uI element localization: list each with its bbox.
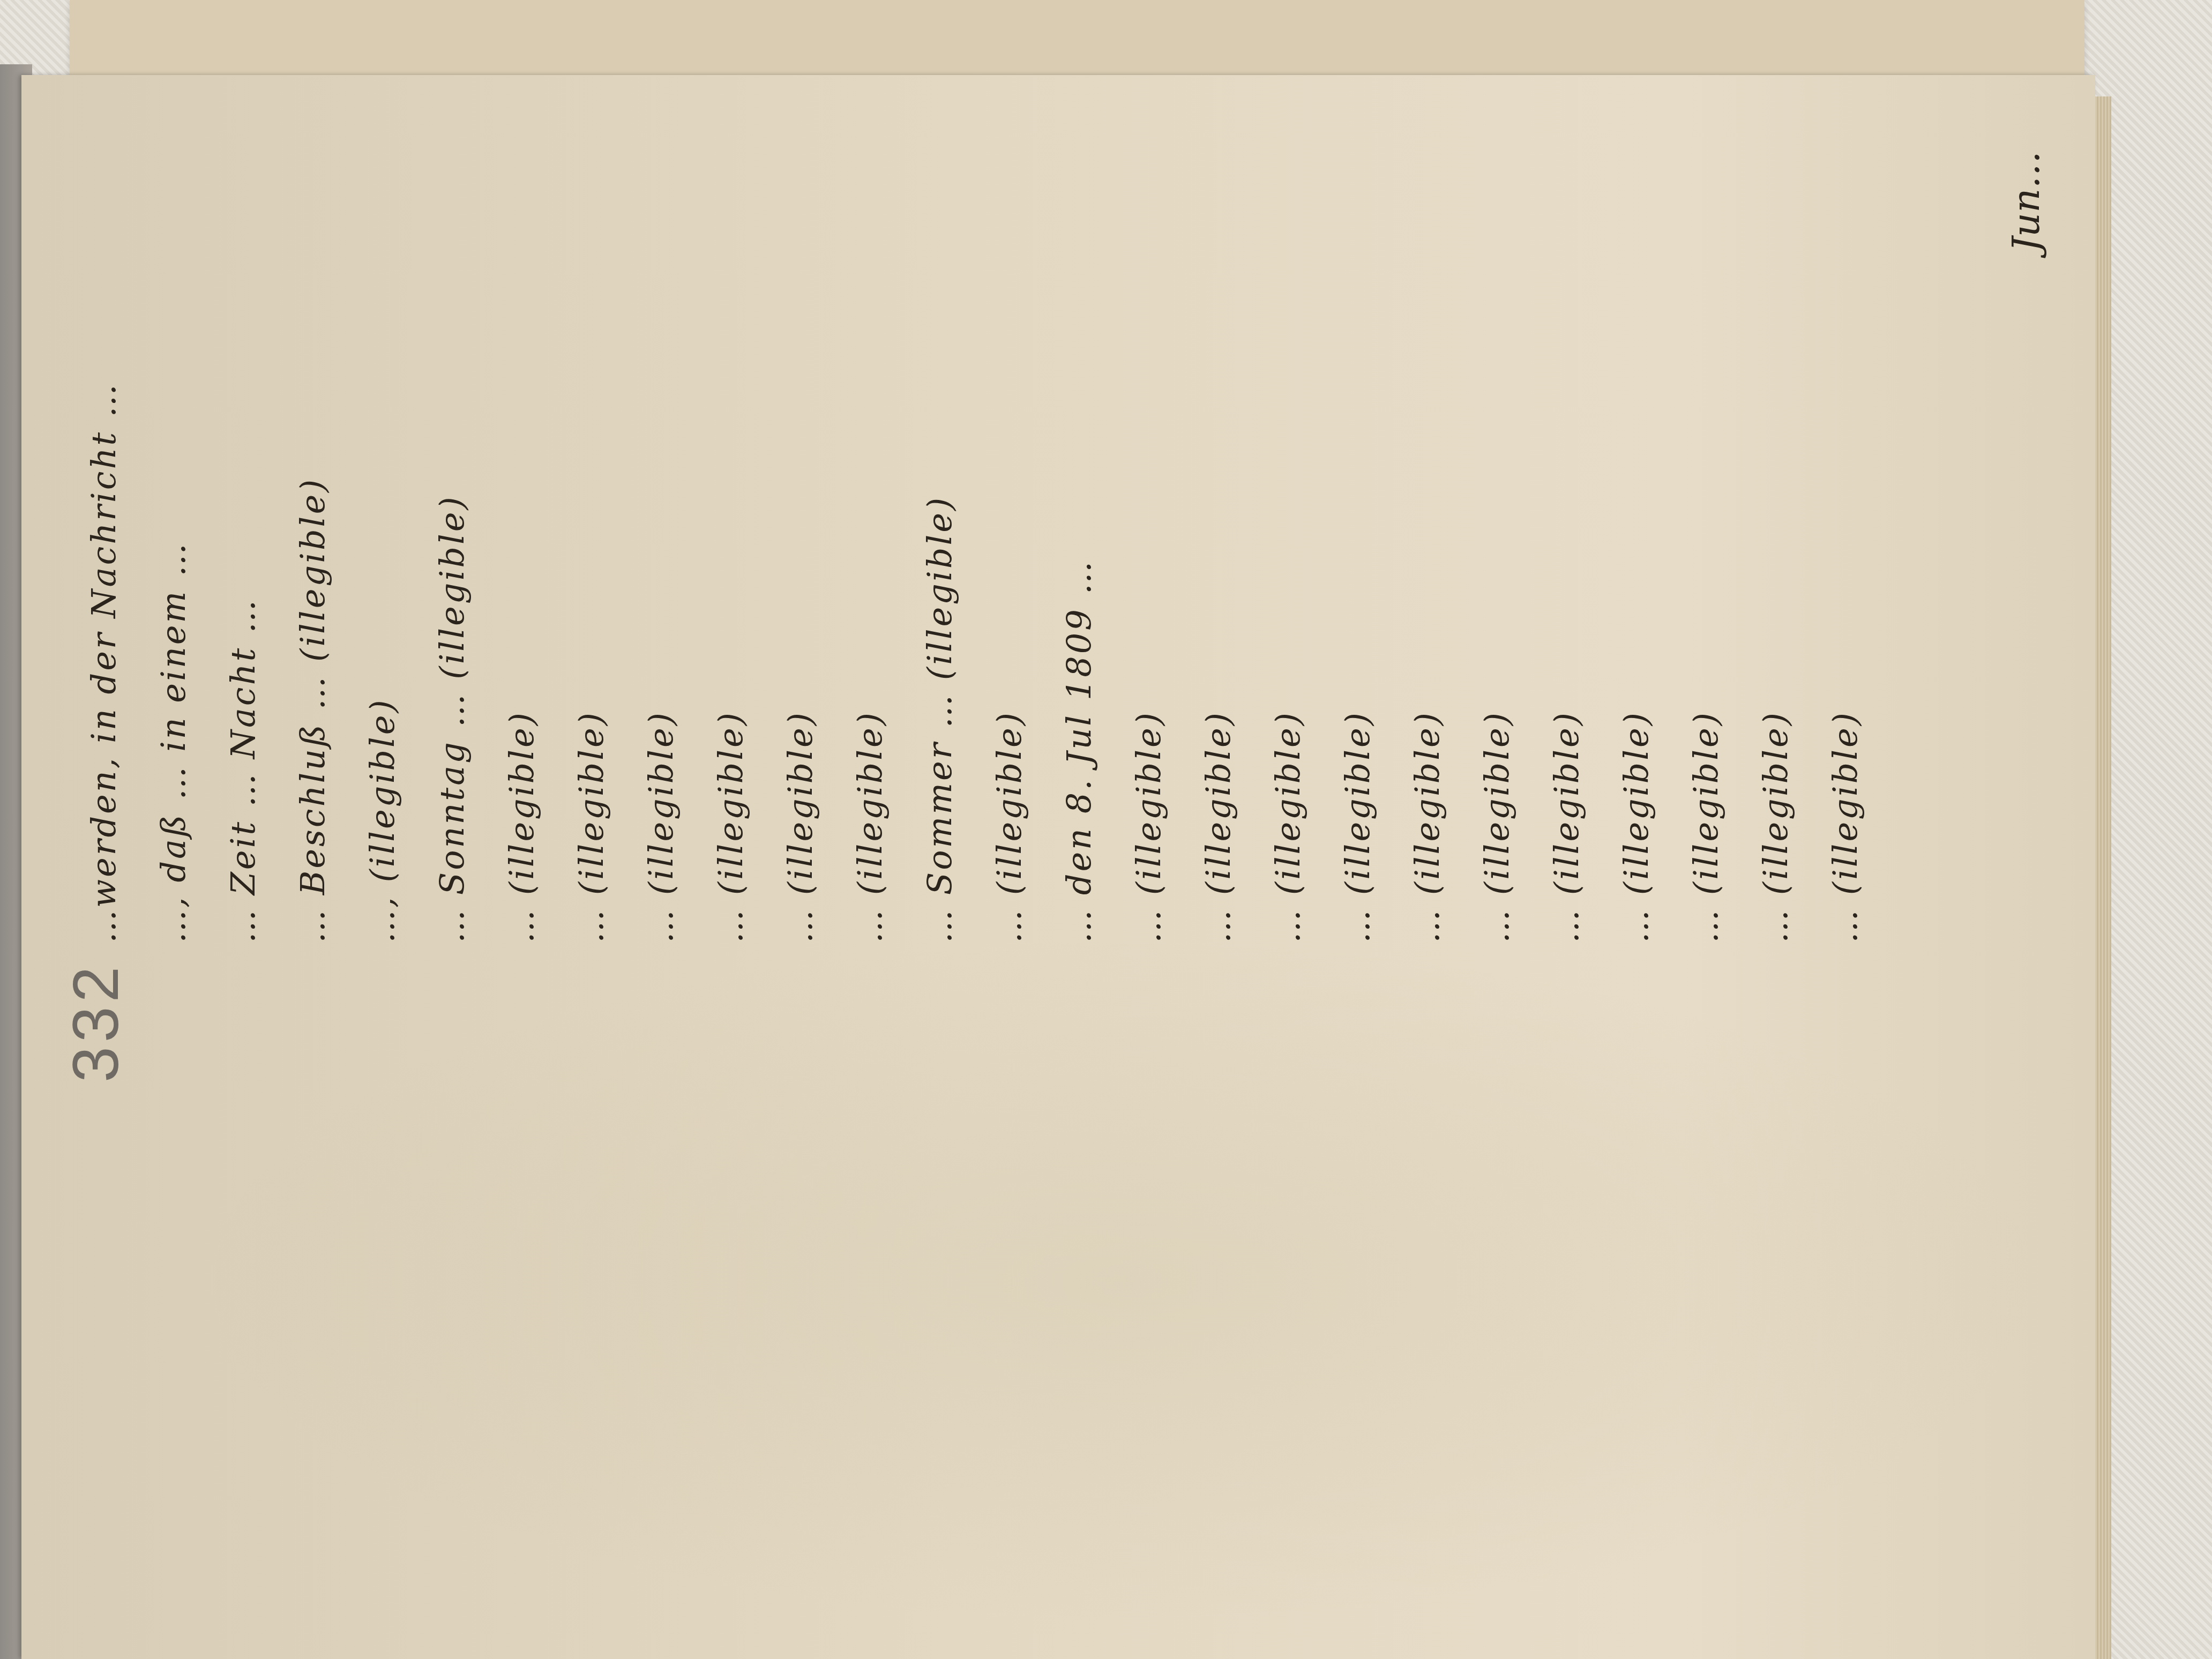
signature: Jun… [2004, 151, 2048, 252]
paper-stain [182, 932, 2058, 1629]
handwritten-text-block: …werden, in der Nachricht … …, daß … in … [123, 86, 1945, 943]
folio-number: 332 [59, 962, 133, 1082]
page-stack-edge [2095, 96, 2111, 1659]
text-line: … (illegible) [1865, 86, 1908, 943]
